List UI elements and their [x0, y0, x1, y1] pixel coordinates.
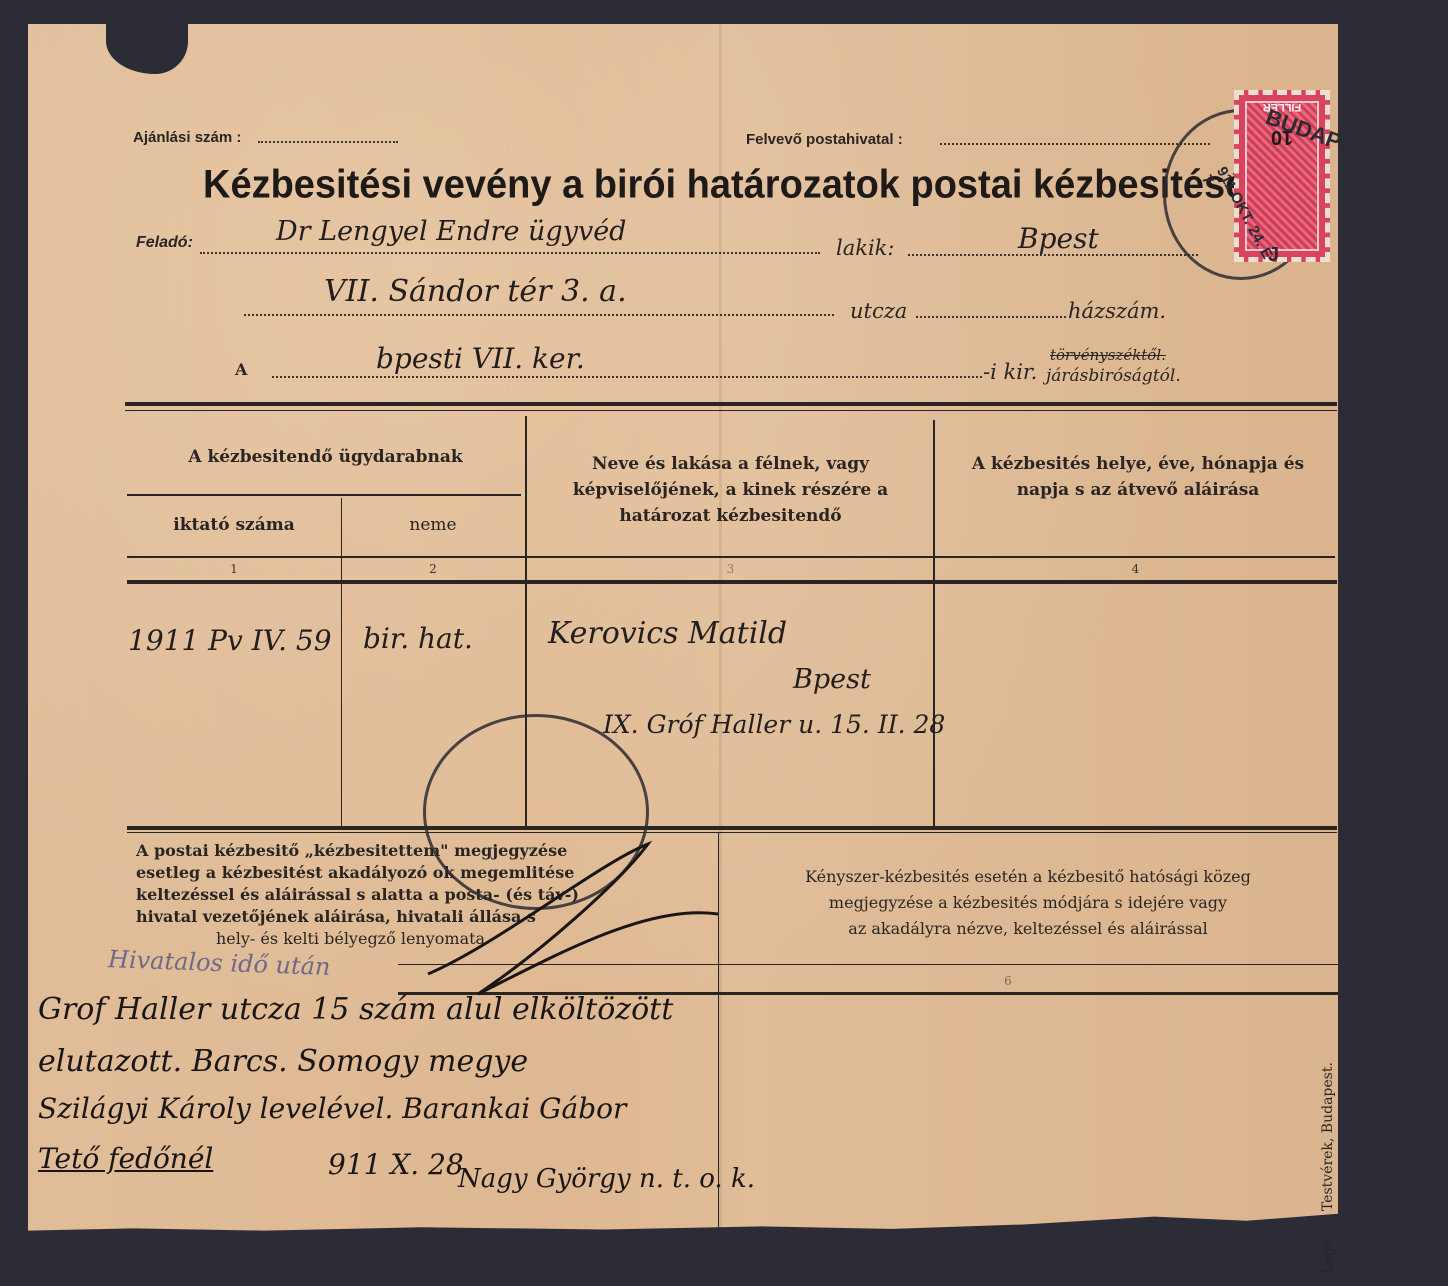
col-divider-4 — [933, 420, 935, 826]
postmaster-signature — [418, 804, 738, 1004]
street-field — [244, 314, 834, 316]
court-option: járásbiróságtól. — [1046, 366, 1181, 386]
col-number-3: 3 — [528, 562, 933, 576]
ajanlasi-label: Ajánlási szám : — [133, 129, 241, 146]
note-line-3: Szilágyi Károly levelével. Barankai Gábo… — [38, 1092, 626, 1125]
felado-value: Dr Lengyel Endre ügyvéd — [276, 216, 626, 247]
kir-label: -i kir. — [983, 360, 1037, 384]
pencil-note: Hivatalos idő után — [108, 945, 331, 981]
document-paper: Ajánlási szám : Felvevő postahivatal : K… — [28, 24, 1338, 1239]
forced-delivery-instructions: Kényszer-kézbesités esetén a kézbesitő h… — [728, 864, 1328, 942]
neme-value: bir. hat. — [363, 622, 473, 655]
felvevo-label: Felvevő postahivatal : — [746, 131, 903, 148]
note-line-2: elutazott. Barcs. Somogy megye — [38, 1044, 528, 1079]
group-header-rule — [127, 494, 521, 496]
table-top-rule-thin — [125, 410, 1337, 411]
postmark-code: J — [1268, 244, 1279, 267]
col-number-1: 1 — [128, 562, 340, 576]
lakik-value: Bpest — [1018, 222, 1099, 255]
torn-bottom-edge — [28, 1211, 1338, 1239]
utcza-label: utcza — [850, 299, 907, 323]
lakik-label: lakik: — [836, 236, 894, 260]
recipient-name: Kerovics Matild — [548, 616, 787, 651]
felvevo-field — [940, 143, 1210, 145]
struck-court-option: törvényszéktől. — [1050, 346, 1166, 364]
instruction-line: az akadályra nézve, keltezéssel és aláir… — [728, 916, 1328, 942]
street-value: VII. Sándor tér 3. a. — [324, 274, 627, 309]
printer-imprint: Légrády Testvérek, Budapest. — [1320, 1062, 1336, 1274]
torn-corner — [106, 24, 188, 74]
a-label: A — [235, 360, 247, 379]
col1-header: iktató száma — [128, 512, 340, 538]
col-number-2: 2 — [343, 562, 523, 576]
col4-header: A kézbesités helye, éve, hónapja és napj… — [948, 451, 1328, 503]
felado-label: Feladó: — [136, 234, 193, 252]
instruction-line: megjegyzése a kézbesités módjára s idejé… — [728, 890, 1328, 916]
form-title: Kézbesitési vevény a birói határozatok p… — [203, 163, 1270, 208]
signature-date: 911 X. 28 — [328, 1148, 464, 1181]
felado-field — [200, 252, 820, 254]
recipient-city: Bpest — [793, 664, 871, 695]
court-value: bpesti VII. ker. — [376, 342, 585, 375]
recipient-address: IX. Gróf Haller u. 15. II. 28 — [603, 710, 945, 739]
col-number-6: 6 — [988, 974, 1028, 988]
group-header: A kézbesitendő ügydarabnak — [128, 444, 523, 470]
iktato-value: 1911 Pv IV. 59 — [128, 624, 332, 657]
col-number-4: 4 — [938, 562, 1333, 576]
hazszam-field — [916, 316, 1066, 318]
header-double-rule — [127, 580, 1337, 584]
carrier-signature: Nagy György n. t. o. k. — [458, 1164, 755, 1194]
court-field — [272, 376, 982, 378]
header-bottom-rule — [127, 556, 1335, 558]
col2-header: neme — [343, 512, 523, 538]
col-divider-2 — [341, 498, 342, 826]
hazszam-label: házszám. — [1068, 299, 1166, 323]
table-top-rule — [125, 402, 1337, 406]
note-line-4: Tető fedőnél — [38, 1142, 213, 1175]
ajanlasi-field — [258, 141, 398, 143]
instruction-line: Kényszer-kézbesités esetén a kézbesitő h… — [728, 864, 1328, 890]
col3-header: Neve és lakása a félnek, vagy képviselőj… — [533, 451, 928, 529]
